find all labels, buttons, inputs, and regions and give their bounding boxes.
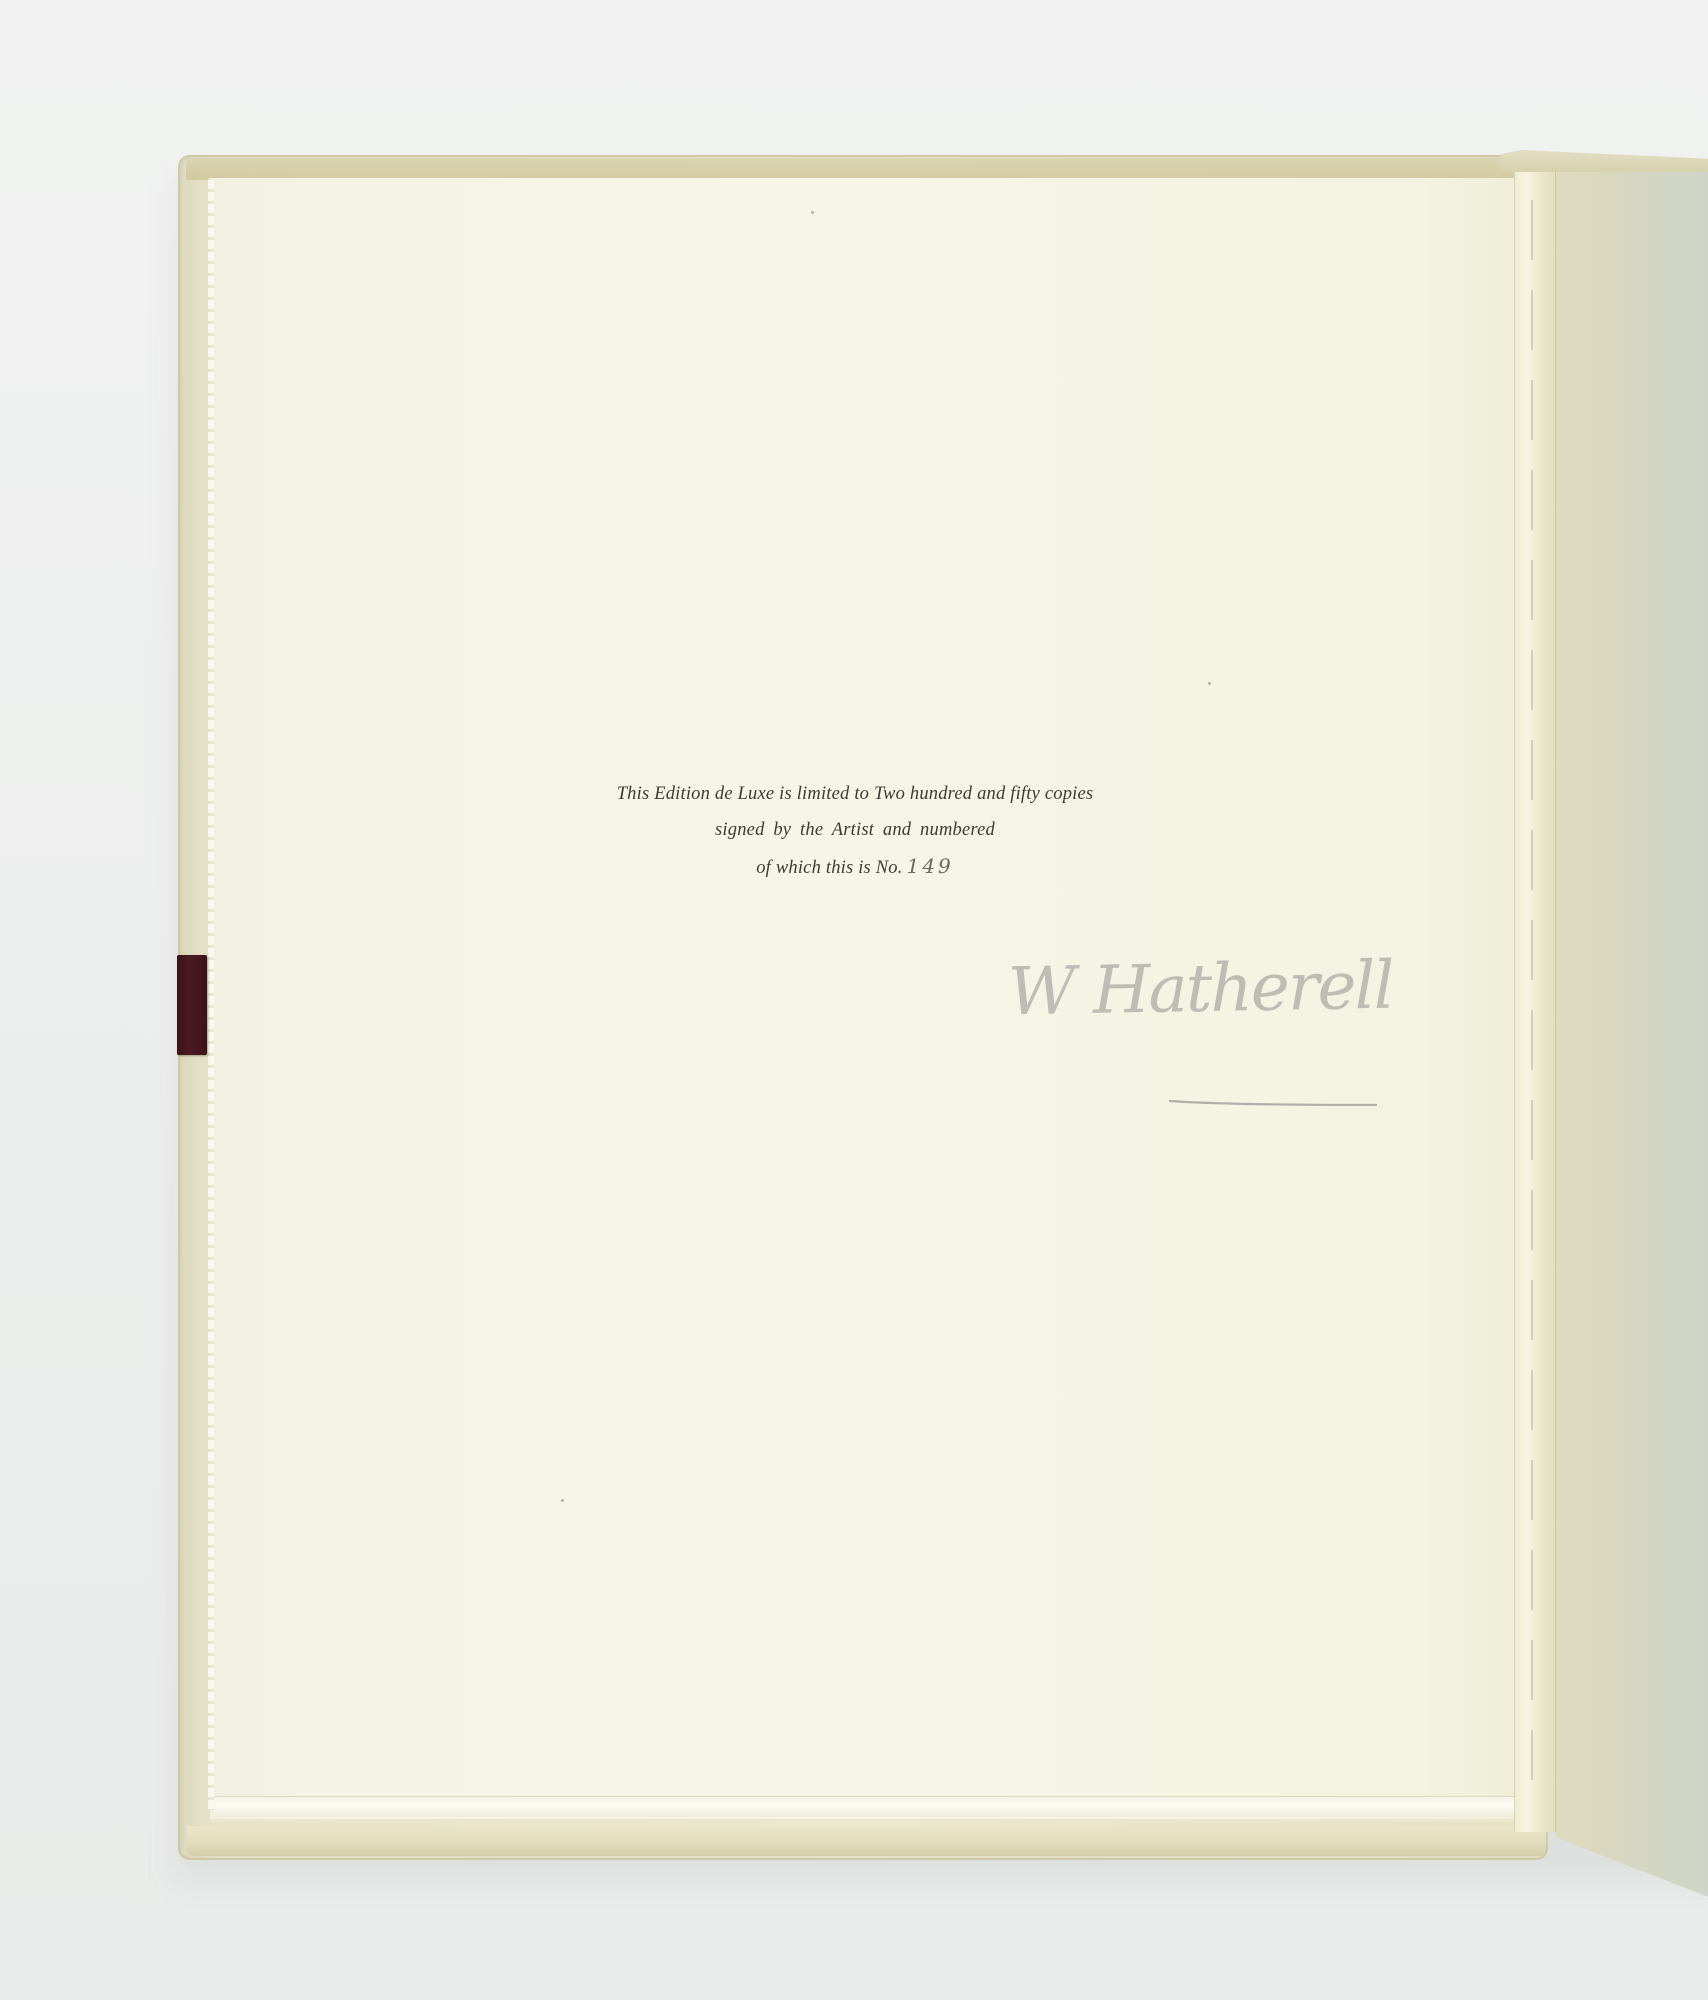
ribbon-bookmark: [177, 955, 207, 1055]
book-gutter: [1514, 172, 1557, 1832]
facing-cover-board: [1556, 160, 1708, 1900]
page-deckle-edge-left: [208, 180, 214, 1810]
edition-number-handwritten: 149: [907, 854, 954, 878]
colophon-line-3: of which this is No.149: [530, 848, 1180, 886]
paper-speck: [811, 211, 814, 214]
gutter-stitching: [1531, 200, 1533, 1780]
colophon-line-3-prefix: of which this is No.: [756, 858, 902, 878]
cover-bottom-edge: [186, 1826, 1546, 1856]
cover-top-edge: [186, 158, 1546, 180]
artist-signature: W Hatherell: [1007, 947, 1393, 1031]
paper-speck: [1208, 682, 1211, 685]
page-deckle-edge-bottom: [214, 1796, 1520, 1817]
signature-underline: [1168, 1100, 1378, 1106]
paper-speck: [561, 1499, 564, 1502]
colophon-line-2: signed by the Artist and numbered: [530, 812, 1180, 848]
colophon-text: This Edition de Luxe is limited to Two h…: [530, 776, 1180, 886]
colophon-line-1: This Edition de Luxe is limited to Two h…: [530, 776, 1180, 812]
